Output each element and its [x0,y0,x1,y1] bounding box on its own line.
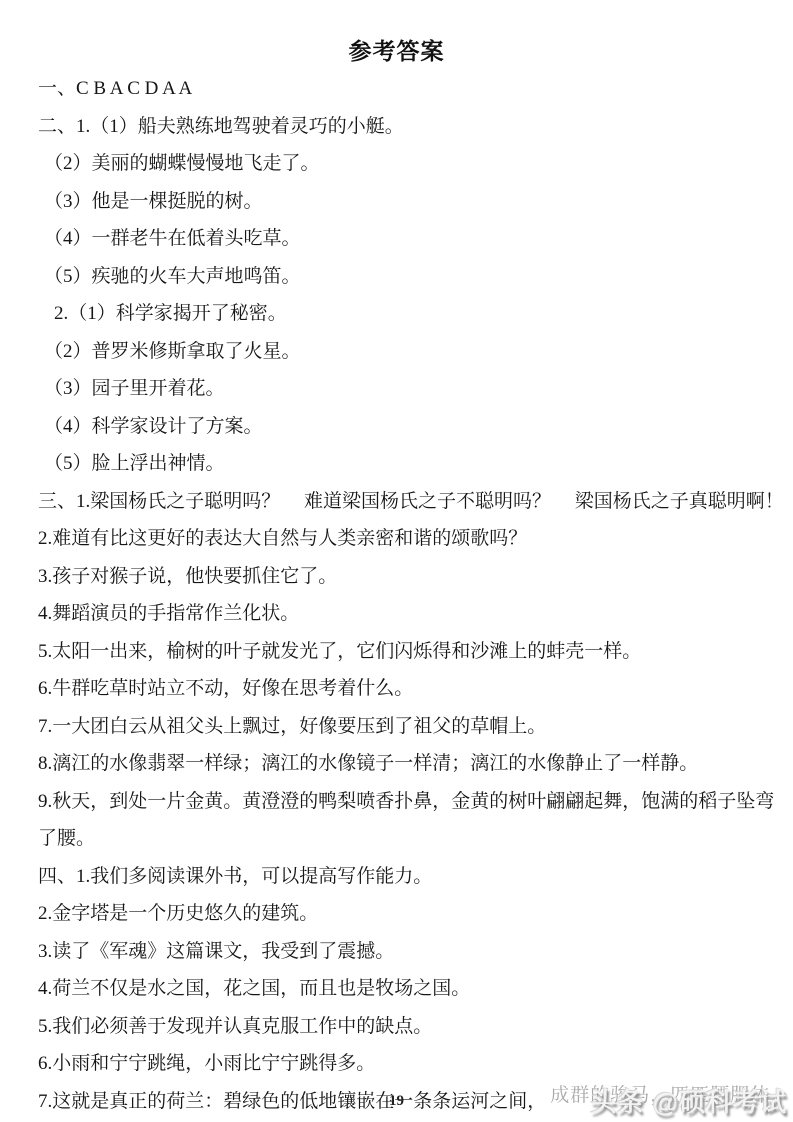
answer-line: 5.太阳一出来，榆树的叶子就发光了，它们闪烁得和沙滩上的蚌壳一样。 [38,633,790,671]
answer-line-text: 6.牛群吃草时站立不动，好像在思考着什么。 [38,678,413,699]
answer-line-text: 5.我们必须善于发现并认真克服工作中的缺点。 [38,1016,432,1037]
answer-line-text: 三、1.梁国杨氏之子聪明吗？ 难道梁国杨氏之子不聪明吗？ 梁国杨氏之子真聪明啊！ [38,491,784,512]
answer-line: 4.荷兰不仅是水之国，花之国，而且也是牧场之国。 [38,970,790,1008]
answer-line-text: 2.（1）科学家揭开了秘密。 [54,303,287,324]
watermark: 头条 @硕科考试 [590,1082,787,1119]
answer-line: 四、1.我们多阅读课外书，可以提高写作能力。 [38,858,790,896]
answer-line: 5.我们必须善于发现并认真克服工作中的缺点。 [38,1008,790,1046]
answer-line-text: 6.小雨和宁宁跳绳，小雨比宁宁跳得多。 [38,1053,375,1074]
answer-line-text: 4.舞蹈演员的手指常作兰化状。 [38,603,299,624]
answer-line: 7.一大团白云从祖父头上飘过，好像要压到了祖父的草帽上。 [38,708,790,746]
answer-line-text: 9.秋天，到处一片金黄。黄澄澄的鸭梨喷香扑鼻，金黄的树叶翩翩起舞，饱满的稻子坠弯… [38,791,774,850]
answer-line-text: （3）园子里开着花。 [44,378,225,399]
answer-line-text: （5）脸上浮出神情。 [44,453,225,474]
answer-line-text: 二、1.（1）船夫熟练地驾驶着灵巧的小艇。 [38,116,404,137]
answer-line: 6.小雨和宁宁跳绳，小雨比宁宁跳得多。 [38,1045,790,1083]
answer-line-text: 一、C B A C D A A [38,78,192,99]
answer-line-text: （2）美丽的蝴蝶慢慢地飞走了。 [44,153,320,174]
answer-line: 二、1.（1）船夫熟练地驾驶着灵巧的小艇。 [38,108,790,146]
answer-line-text: （4）一群老牛在低着头吃草。 [44,228,301,249]
answer-line: 2.金字塔是一个历史悠久的建筑。 [38,895,790,933]
answer-line-text: 四、1.我们多阅读课外书，可以提高写作能力。 [38,866,432,887]
document-page: 参考答案 一、C B A C D A A二、1.（1）船夫熟练地驾驶着灵巧的小艇… [0,0,793,1122]
answer-line-text: 5.太阳一出来，榆树的叶子就发光了，它们闪烁得和沙滩上的蚌壳一样。 [38,641,641,662]
answer-line-text: 2.难道有比这更好的表达大自然与人类亲密和谐的颂歌吗？ [38,528,527,549]
answer-line-text: （4）科学家设计了方案。 [44,416,263,437]
answer-line: 8.漓江的水像翡翠一样绿；漓江的水像镜子一样清；漓江的水像静止了一样静。 [38,745,790,783]
answer-line: 一、C B A C D A A [38,70,790,108]
answer-line: （3）他是一棵挺脱的树。 [38,183,790,221]
answer-line: （5）脸上浮出神情。 [38,445,790,483]
answer-line: （5）疾驰的火车大声地鸣笛。 [38,258,790,296]
answer-line-text: 8.漓江的水像翡翠一样绿；漓江的水像镜子一样清；漓江的水像静止了一样静。 [38,753,698,774]
answer-line-text: 3.孩子对猴子说，他快要抓住它了。 [38,566,337,587]
answer-line-text: （5）疾驰的火车大声地鸣笛。 [44,266,301,287]
answer-line: 3.孩子对猴子说，他快要抓住它了。 [38,558,790,596]
answer-line: （2）普罗米修斯拿取了火星。 [38,333,790,371]
answer-line: （4）一群老牛在低着头吃草。 [38,220,790,258]
answer-line: 4.舞蹈演员的手指常作兰化状。 [38,595,790,633]
answer-line: （2）美丽的蝴蝶慢慢地飞走了。 [38,145,790,183]
answer-lines: 一、C B A C D A A二、1.（1）船夫熟练地驾驶着灵巧的小艇。（2）美… [38,70,790,1120]
answer-line: 2.（1）科学家揭开了秘密。 [38,295,790,333]
answer-line-text: 4.荷兰不仅是水之国，花之国，而且也是牧场之国。 [38,978,470,999]
answer-line: 2.难道有比这更好的表达大自然与人类亲密和谐的颂歌吗？ [38,520,790,558]
page-title: 参考答案 [0,33,793,66]
answer-line: 6.牛群吃草时站立不动，好像在思考着什么。 [38,670,790,708]
answer-line: 9.秋天，到处一片金黄。黄澄澄的鸭梨喷香扑鼻，金黄的树叶翩翩起舞，饱满的稻子坠弯… [38,783,790,858]
answer-line: （3）园子里开着花。 [38,370,790,408]
answer-line: （4）科学家设计了方案。 [38,408,790,446]
answer-line-text: 2.金字塔是一个历史悠久的建筑。 [38,903,318,924]
answer-line: 三、1.梁国杨氏之子聪明吗？ 难道梁国杨氏之子不聪明吗？ 梁国杨氏之子真聪明啊！ [38,483,790,521]
answer-line: 3.读了《军魂》这篇课文，我受到了震撼。 [38,933,790,971]
answer-line-text: （2）普罗米修斯拿取了火星。 [44,341,301,362]
answer-line-text: （3）他是一棵挺脱的树。 [44,191,263,212]
answer-line-text: 7.一大团白云从祖父头上飘过，好像要压到了祖父的草帽上。 [38,716,546,737]
answer-line-text: 3.读了《军魂》这篇课文，我受到了震撼。 [38,941,394,962]
